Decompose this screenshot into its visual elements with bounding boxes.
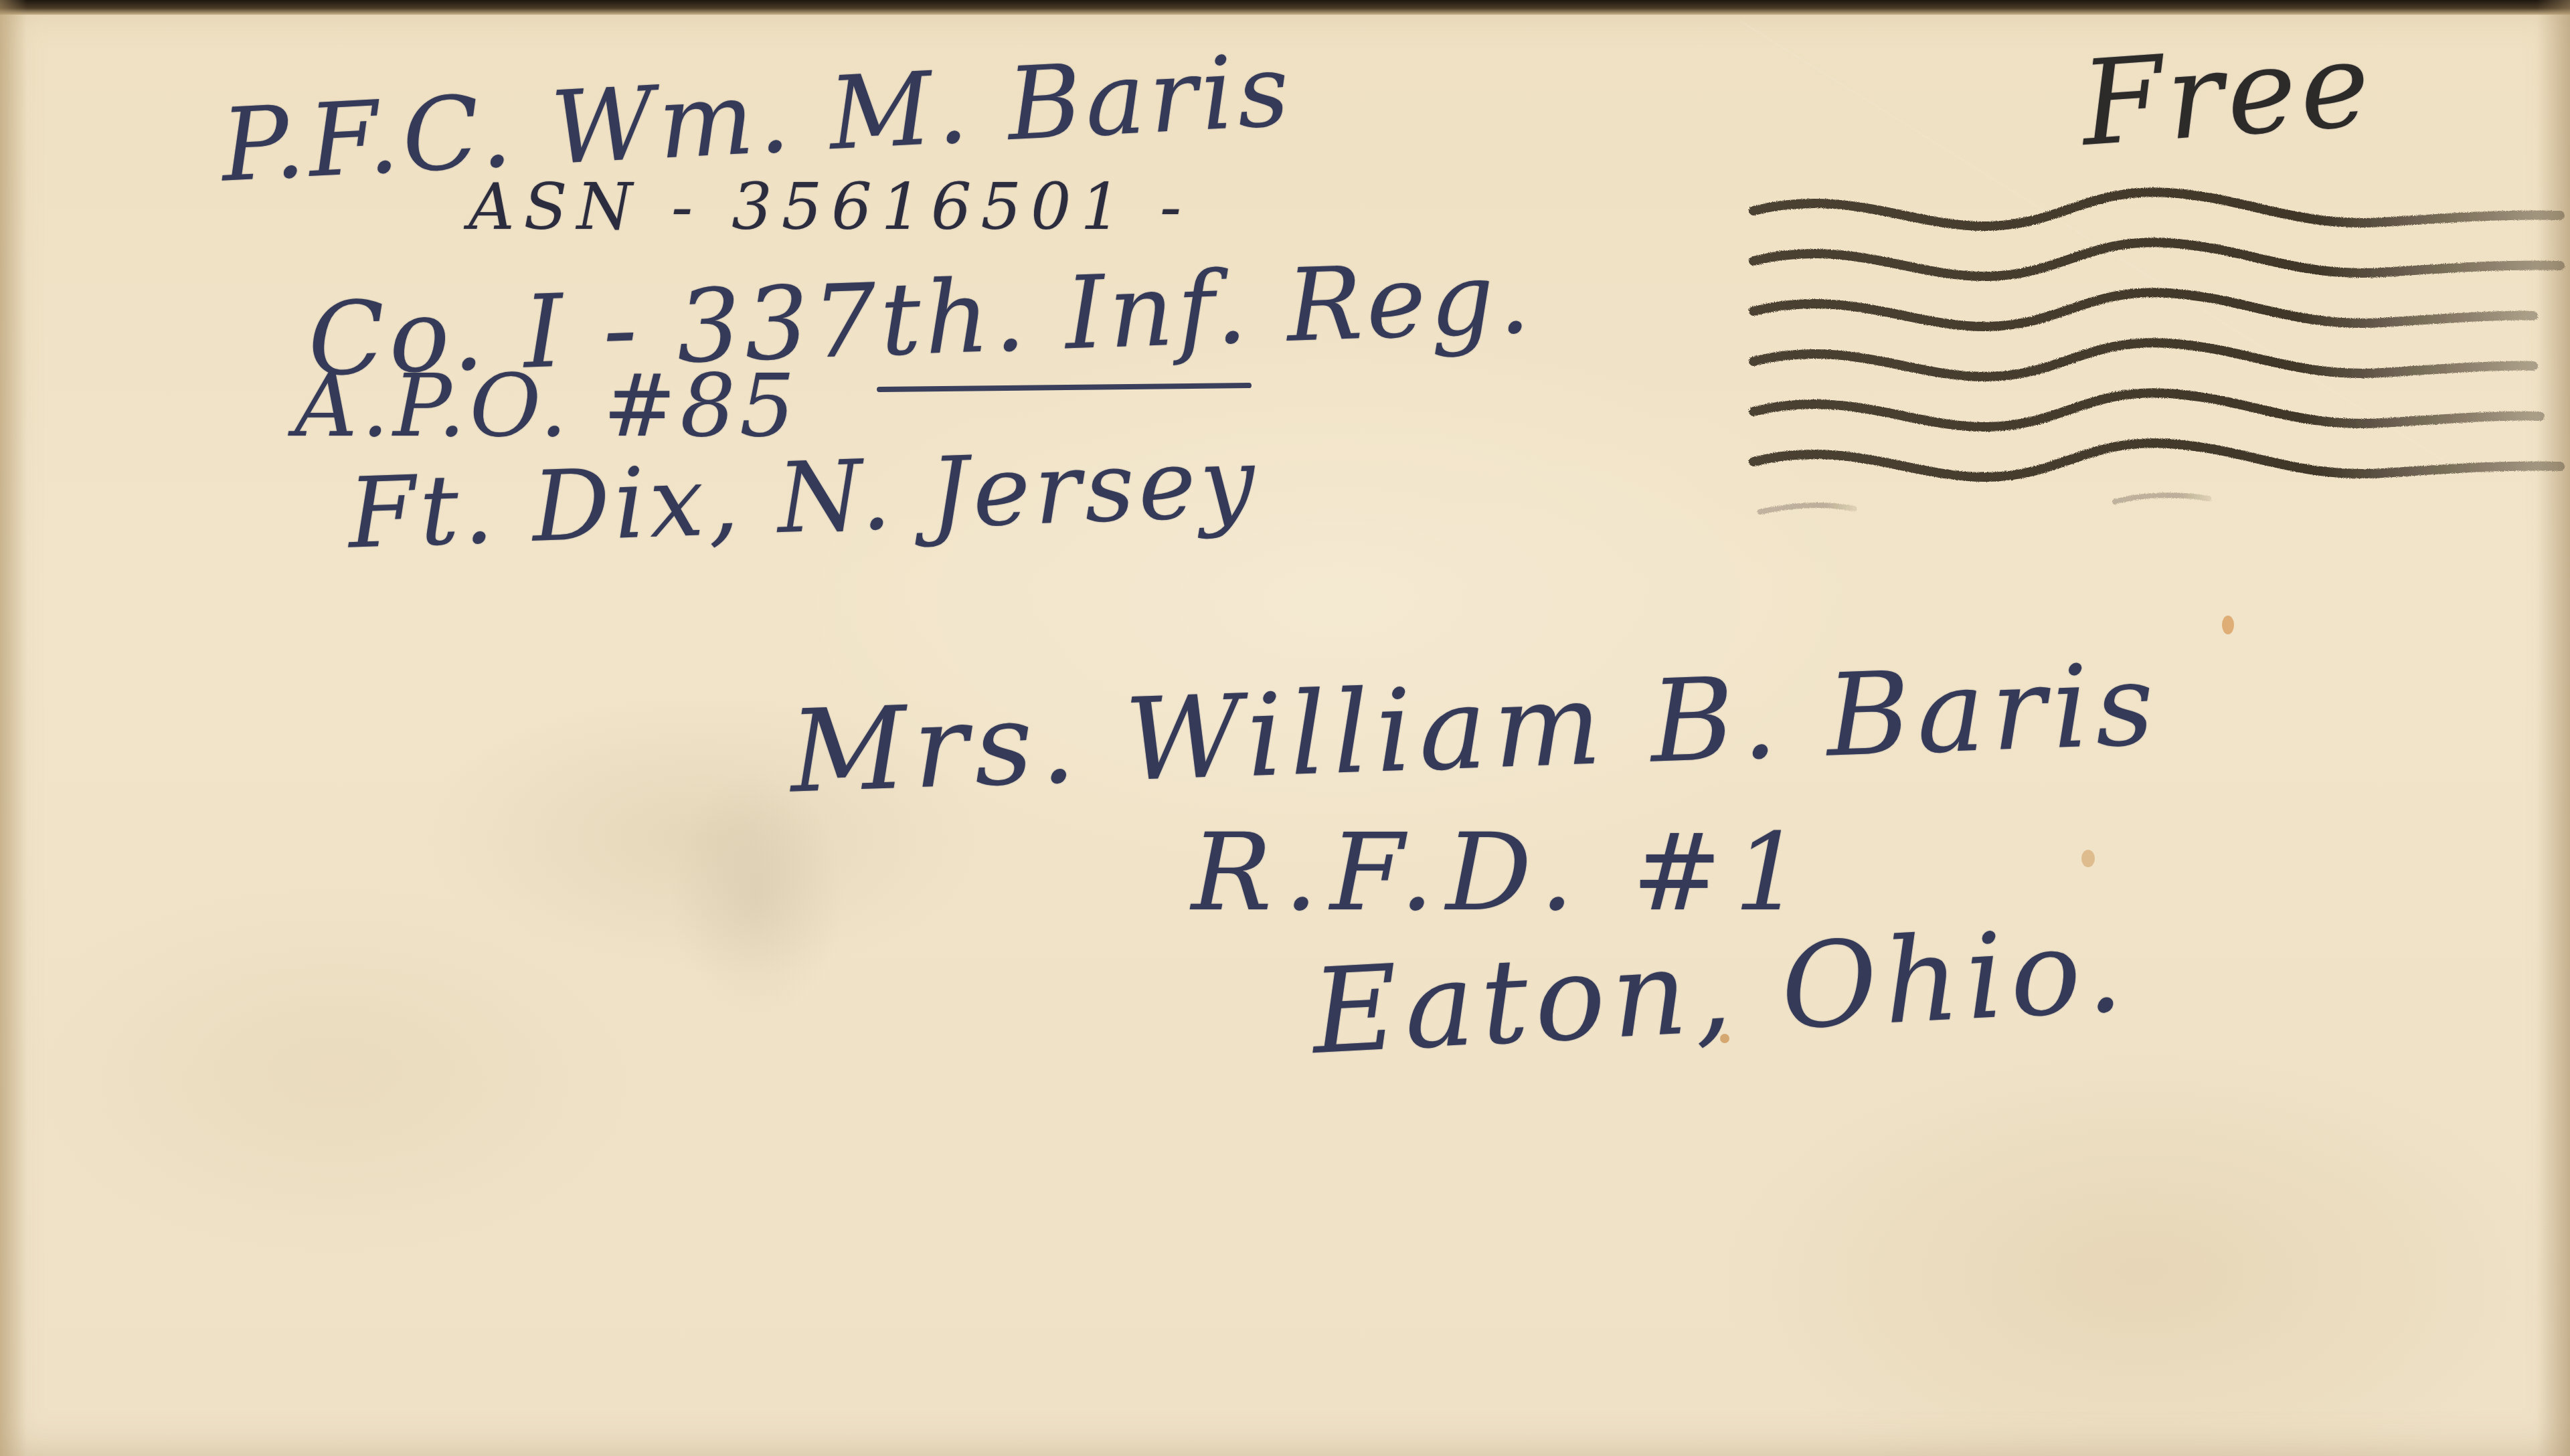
free-frank-note: Free [2077, 17, 2377, 173]
foxing-spot [2222, 616, 2234, 634]
foxing-spot [2081, 850, 2095, 867]
envelope: P.F.C. Wm. M. Baris ASN - 35616501 - Co.… [0, 0, 2570, 1456]
wavy-cancellation-icon [1740, 174, 2570, 522]
envelope-top-edge [0, 0, 2570, 15]
ink-underline [877, 383, 1252, 392]
sender-serial-number: ASN - 35616501 - [468, 171, 1191, 244]
foxing-spot [1720, 1034, 1729, 1043]
sender-apo: A.P.O. #85 [294, 355, 799, 456]
envelope-left-edge [0, 0, 27, 1456]
recipient-route: R.F.D. #1 [1191, 810, 1814, 935]
